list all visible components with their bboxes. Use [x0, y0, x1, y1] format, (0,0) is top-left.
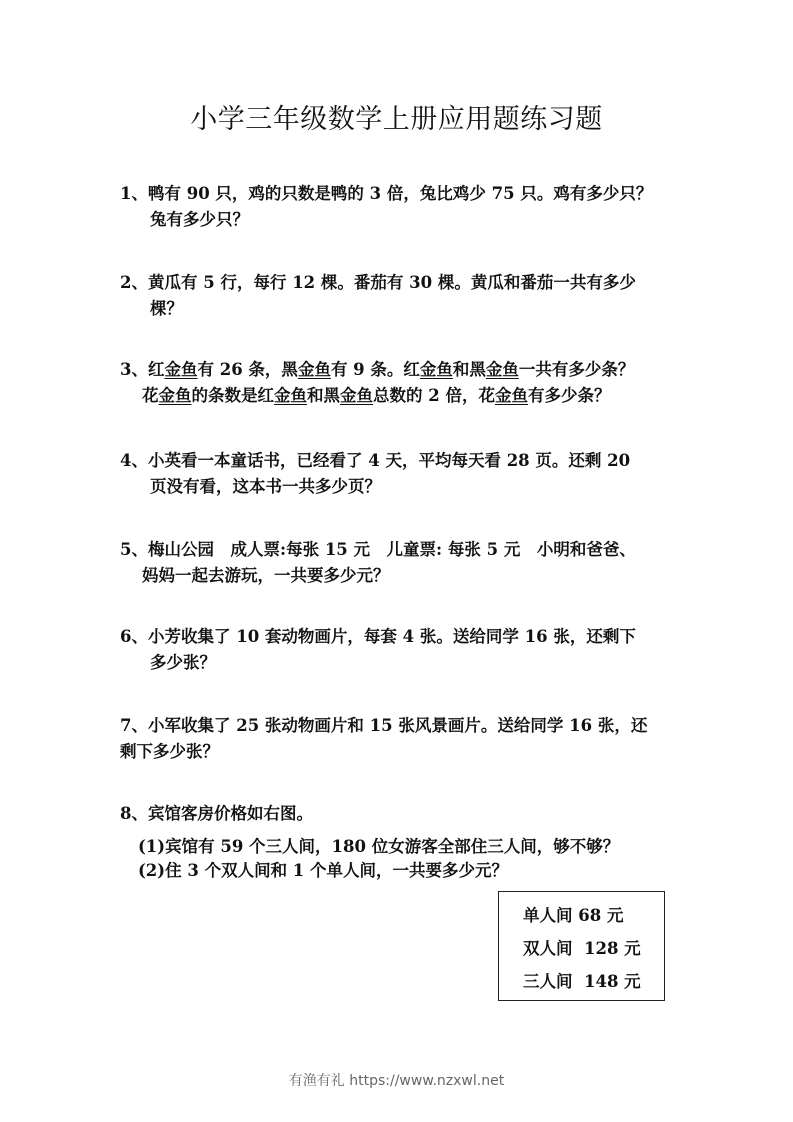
underlined-segment: 金鱼: [159, 386, 192, 405]
problem-text: 黄瓜有 5 行，每行 12 棵。番茄有 30 棵。黄瓜和番茄一共有多少: [148, 273, 636, 292]
underlined-segment: 金鱼: [298, 360, 331, 379]
text-segment: 一共有多少条？: [519, 360, 635, 379]
problem-number: 4、: [120, 451, 148, 470]
text-segment: 红: [148, 360, 165, 379]
text-segment: 和黑: [453, 360, 486, 379]
problem-7-line-1: 7、小军收集了 25 张动物画片和 15 张风景画片。送给同学 16 张，还: [120, 713, 680, 739]
room-type: 三人间: [523, 972, 573, 991]
problem-4-line-1: 4、小英看一本童话书，已经看了 4 天，平均每天看 28 页。还剩 20: [120, 448, 680, 474]
problem-text: 宾馆客房价格如右图。: [148, 804, 313, 823]
room-price: 128 元: [584, 939, 641, 958]
problem-number: 7、: [120, 716, 148, 735]
problem-6-line-1: 6、小芳收集了 10 套动物画片，每套 4 张。送给同学 16 张，还剩下: [120, 624, 680, 650]
underlined-segment: 金鱼: [486, 360, 519, 379]
underlined-segment: 金鱼: [274, 386, 307, 405]
problem-6-line-2: 多少张？: [120, 650, 680, 676]
text-segment: 总数的 2 倍，花: [373, 386, 495, 405]
problem-text: 小芳收集了 10 套动物画片，每套 4 张。送给同学 16 张，还剩下: [148, 627, 636, 646]
problem-text: 梅山公园 成人票:每张 15 元 儿童票: 每张 5 元 小明和爸爸、: [148, 540, 636, 559]
problem-3-line-2: 花金鱼的条数是红金鱼和黑金鱼总数的 2 倍，花金鱼有多少条？: [120, 383, 680, 409]
problem-2: 2、黄瓜有 5 行，每行 12 棵。番茄有 30 棵。黄瓜和番茄一共有多少 棵？: [120, 270, 680, 322]
problem-number: 8、: [120, 804, 148, 823]
room-price: 148 元: [584, 972, 641, 991]
problem-6: 6、小芳收集了 10 套动物画片，每套 4 张。送给同学 16 张，还剩下 多少…: [120, 624, 680, 676]
text-segment: 的条数是红: [192, 386, 275, 405]
problem-5-line-1: 5、梅山公园 成人票:每张 15 元 儿童票: 每张 5 元 小明和爸爸、: [120, 537, 680, 563]
problem-number: 1、: [120, 184, 148, 203]
problem-7-line-2: 剩下多少张？: [120, 739, 680, 765]
problem-number: 5、: [120, 540, 148, 559]
price-row-triple: 三人间 148 元: [523, 968, 641, 992]
problem-2-line-1: 2、黄瓜有 5 行，每行 12 棵。番茄有 30 棵。黄瓜和番茄一共有多少: [120, 270, 680, 296]
document-title: 小学三年级数学上册应用题练习题: [0, 97, 793, 136]
problem-number: 2、: [120, 273, 148, 292]
price-row-double: 双人间 128 元: [523, 935, 641, 959]
problem-2-line-2: 棵？: [120, 296, 680, 322]
problem-1-line-2: 兔有多少只？: [120, 207, 680, 233]
problem-text: 鸭有 90 只，鸡的只数是鸭的 3 倍，兔比鸡少 75 只。鸡有多少只？: [148, 184, 652, 203]
problem-4-line-2: 页没有看，这本书一共多少页？: [120, 474, 680, 500]
room-type: 双人间: [523, 939, 573, 958]
underlined-segment: 金鱼: [340, 386, 373, 405]
price-table-box: 单人间 68 元 双人间 128 元 三人间 148 元: [498, 891, 665, 1001]
underlined-segment: 金鱼: [164, 360, 197, 379]
problem-4: 4、小英看一本童话书，已经看了 4 天，平均每天看 28 页。还剩 20 页没有…: [120, 448, 680, 500]
problem-3-line-1: 3、红金鱼有 26 条，黑金鱼有 9 条。红金鱼和黑金鱼一共有多少条？: [120, 357, 680, 383]
problem-5: 5、梅山公园 成人票:每张 15 元 儿童票: 每张 5 元 小明和爸爸、 妈妈…: [120, 537, 680, 589]
problem-1: 1、鸭有 90 只，鸡的只数是鸭的 3 倍，兔比鸡少 75 只。鸡有多少只？ 兔…: [120, 181, 680, 233]
problem-number: 6、: [120, 627, 148, 646]
text-segment: 和黑: [307, 386, 340, 405]
problem-8-line-1: 8、宾馆客房价格如右图。: [120, 801, 680, 827]
text-segment: 有 26 条，黑: [197, 360, 297, 379]
problem-5-line-2: 妈妈一起去游玩，一共要多少元？: [120, 563, 680, 589]
problem-8-sub-2: (2)住 3 个双人间和 1 个单人间，一共要多少元？: [138, 858, 508, 884]
text-segment: 有多少条？: [528, 386, 611, 405]
text-segment: 有 9 条。红: [331, 360, 420, 379]
text-segment: 花: [142, 386, 159, 405]
room-price: 68 元: [578, 906, 623, 925]
room-type: 单人间: [523, 906, 573, 925]
underlined-segment: 金鱼: [420, 360, 453, 379]
problem-8: 8、宾馆客房价格如右图。: [120, 801, 680, 827]
problem-number: 3、: [120, 360, 148, 379]
problem-text: 小军收集了 25 张动物画片和 15 张风景画片。送给同学 16 张，还: [148, 716, 647, 735]
footer-watermark: 有渔有礼 https://www.nzxwl.net: [0, 1070, 793, 1090]
problem-8-sub-1: (1)宾馆有 59 个三人间，180 位女游客全部住三人间，够不够？: [138, 834, 619, 860]
problem-7: 7、小军收集了 25 张动物画片和 15 张风景画片。送给同学 16 张，还 剩…: [120, 713, 680, 765]
problem-text: 小英看一本童话书，已经看了 4 天，平均每天看 28 页。还剩 20: [148, 451, 630, 470]
problem-1-line-1: 1、鸭有 90 只，鸡的只数是鸭的 3 倍，兔比鸡少 75 只。鸡有多少只？: [120, 181, 680, 207]
underlined-segment: 金鱼: [495, 386, 528, 405]
price-row-single: 单人间 68 元: [523, 902, 623, 926]
problem-3: 3、红金鱼有 26 条，黑金鱼有 9 条。红金鱼和黑金鱼一共有多少条？ 花金鱼的…: [120, 357, 680, 409]
